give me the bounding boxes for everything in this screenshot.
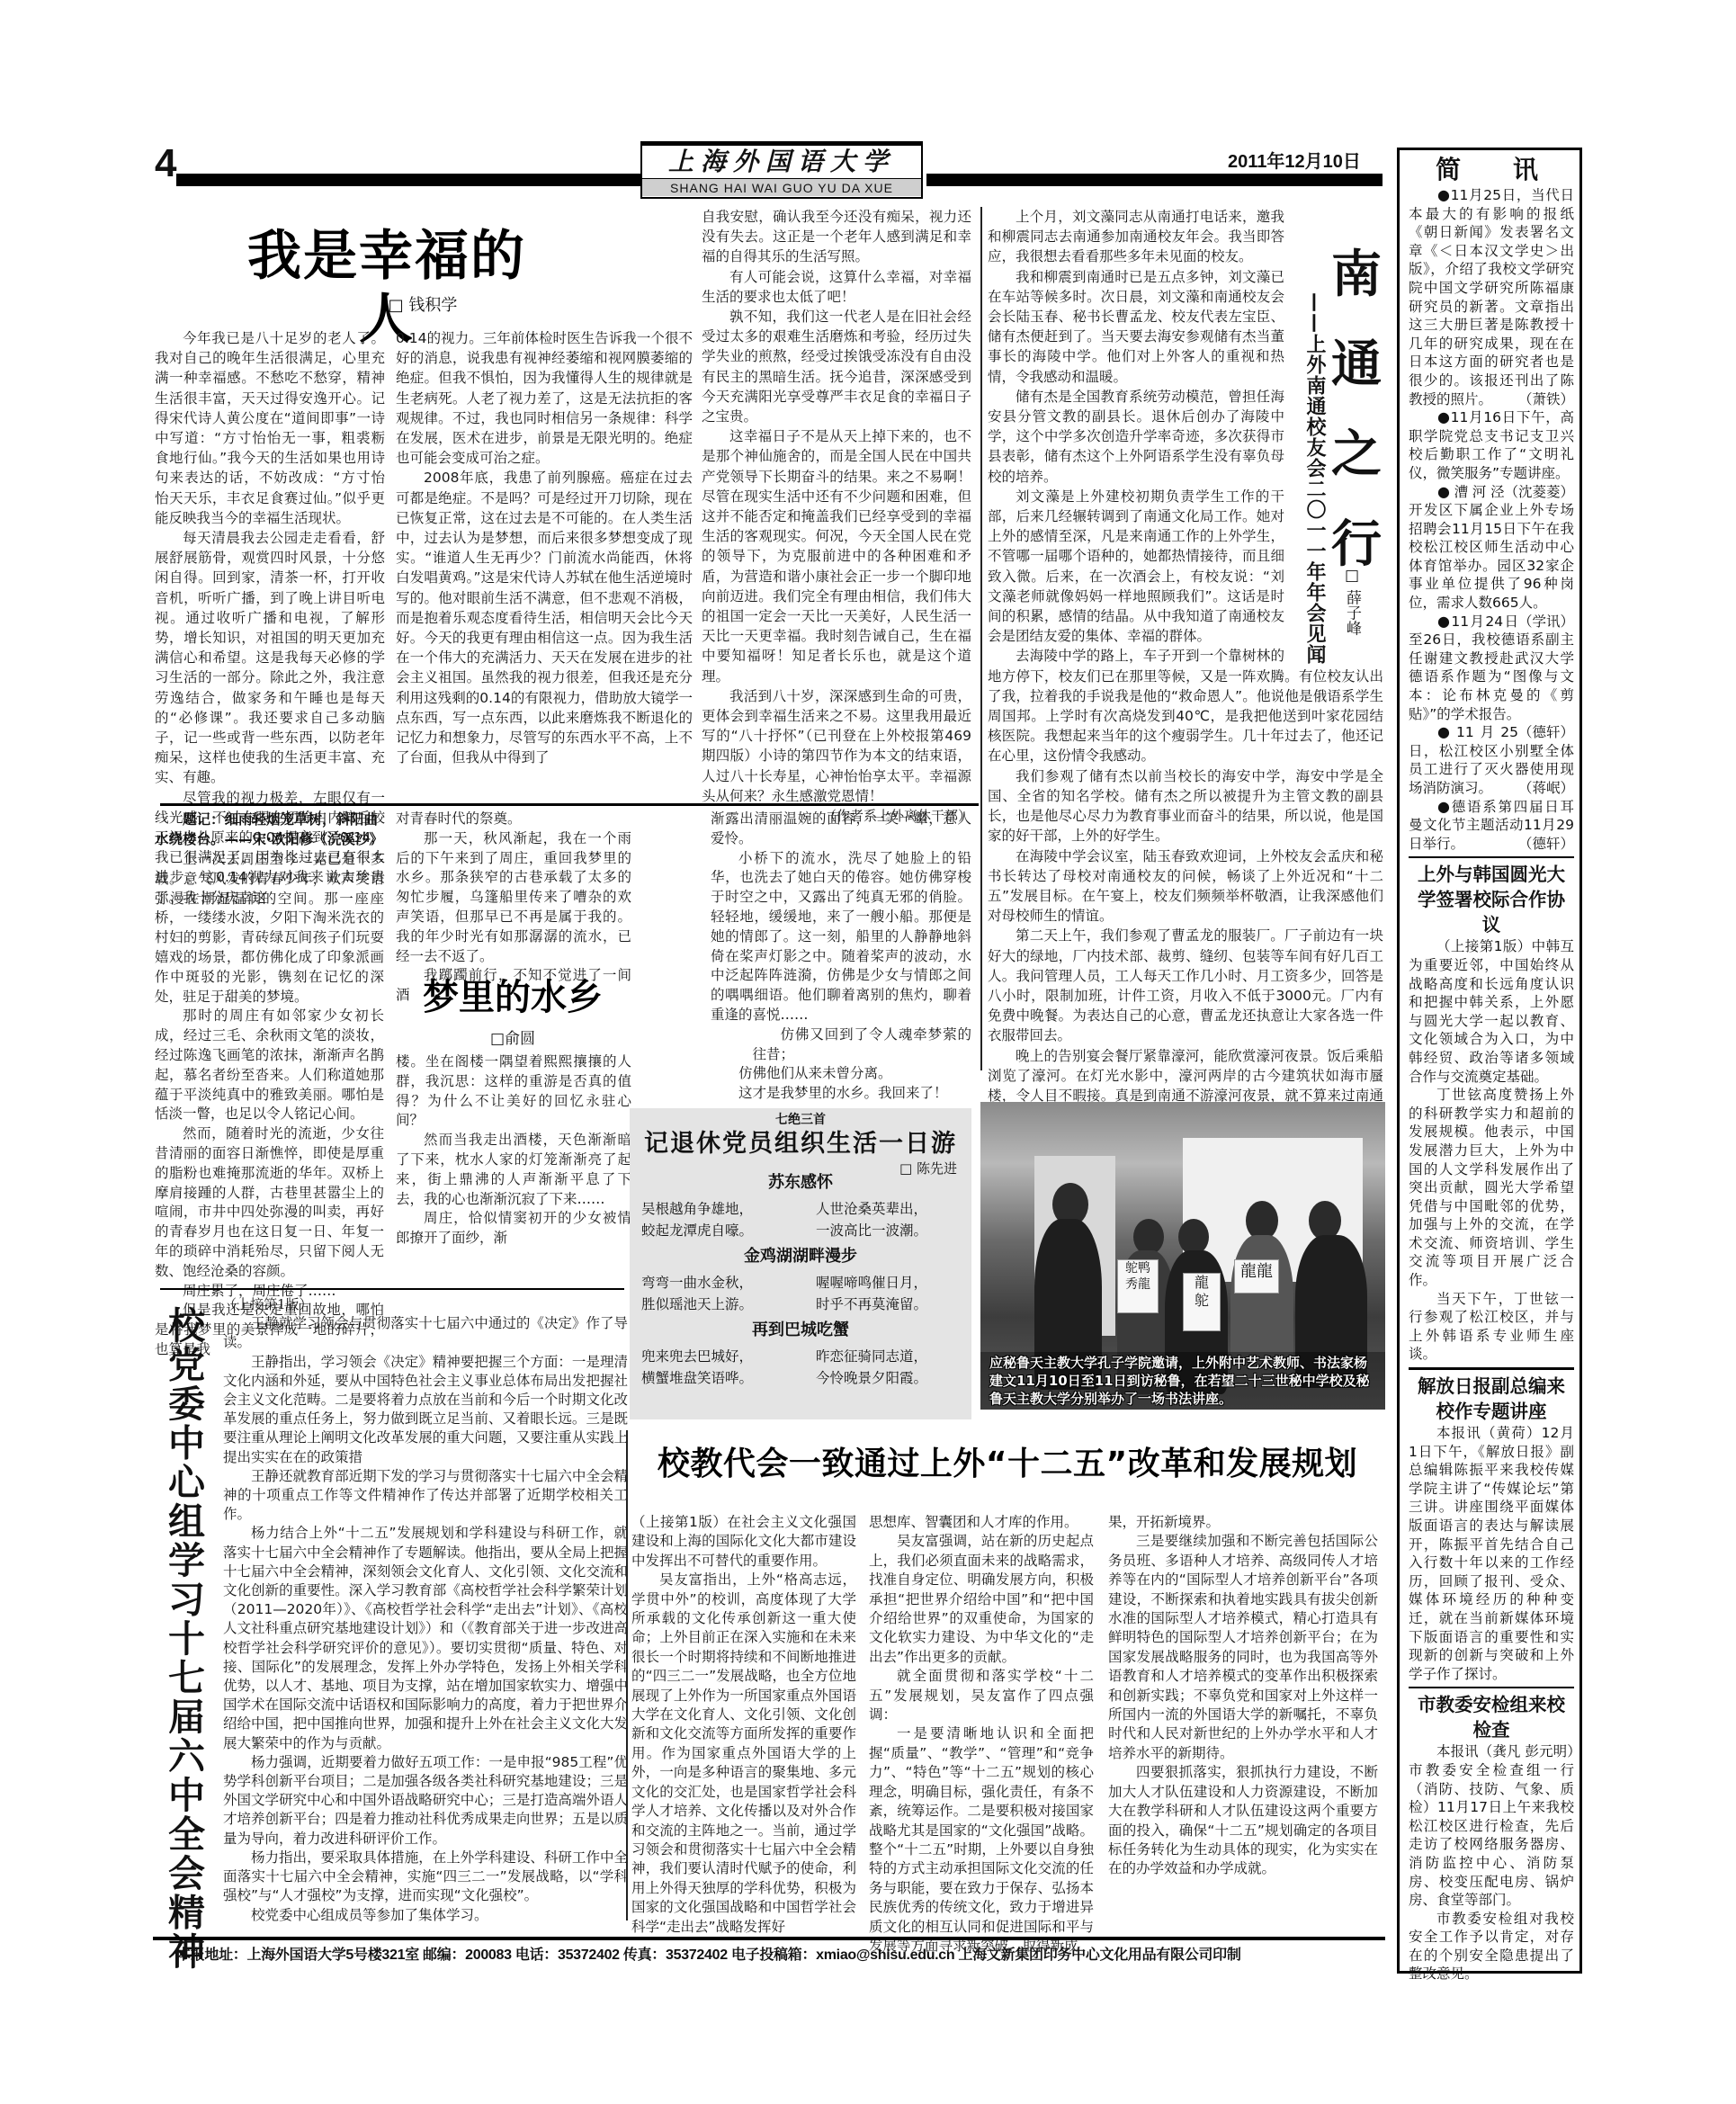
paragraph: 吴友富强调，站在新的历史起点上，我们必须直面未来的战略需求，找准自身定位、明确发… bbox=[869, 1532, 1094, 1667]
article-congress-col2: 思想库、智囊团和人才库的作用。 吴友富强调，站在新的历史起点上，我们必须直面未来… bbox=[869, 1513, 1094, 1956]
paragraph: 王静指出，学习领会《决定》精神要把握三个方面：一是理清文化内涵和外延，要从中国特… bbox=[223, 1353, 628, 1467]
title-char: 之 bbox=[1329, 409, 1383, 499]
paragraph: 我活到八十岁，深深感到生命的可贵，更体会到幸福生活来之不易。这里我用最近写的“八… bbox=[702, 686, 971, 806]
photo-caption: 应秘鲁天主教大学孔子学院邀请，上外附中艺术教师、书法家杨建文11月10日至11日… bbox=[980, 1352, 1385, 1410]
header-rule-left bbox=[176, 174, 644, 186]
article-dream-col3: 渐露出清丽温婉的面容，一笑一颦，惹人爱怜。 小桥下的流水，洗尽了她脸上的铅华，也… bbox=[711, 810, 971, 1104]
paragraph: 周庄，恰似情窦初开的少女被情郎撩开了面纱，渐 bbox=[396, 1209, 631, 1249]
article-party-body: （上接第1版） 王静就学习领会与贯彻落实十七届六中通过的《决定》作了导读。 王静… bbox=[223, 1295, 628, 1925]
poems-title: 记退休党员组织生活一日游 bbox=[630, 1128, 971, 1160]
sidebar-title: 简 讯 bbox=[1421, 150, 1574, 186]
paragraph: 一是要清晰地认识和全面把握“质量”、“教学”、“管理”和“竞争力”、“特色”等“… bbox=[869, 1724, 1094, 1956]
sidebar-korea-body: （上接第1版）中韩互为重要近邻，中国始终从战略高度和长远角度认识和把握中韩关系，… bbox=[1409, 937, 1574, 1364]
brief-source: （德轩） bbox=[1518, 723, 1574, 742]
paragraph: 我们参观了储有杰以前当校长的海安中学，海安中学是全国、全省的知名学校。储有杰之所… bbox=[988, 766, 1383, 846]
poem-line: 兜来兜去巴城好， bbox=[641, 1346, 785, 1367]
masthead-title-en: SHANG HAI WAI GUO YU DA XUE bbox=[642, 178, 921, 196]
article-happy-col3: 自我安慰，确认我至今还没有痴呆，视力还没有失去。这正是一个老年人感到满足和幸福的… bbox=[702, 207, 971, 826]
paragraph: 每天清晨我去公园走走看看，舒展舒展筋骨，观赏四时风景，十分悠闲自得。回到家，清茶… bbox=[155, 528, 385, 788]
news-photo: 龍龍 鸵鸭 秀龍 龍 鸵 应秘鲁天主教大学孔子学院邀请，上外附中艺术教师、书法家… bbox=[980, 1102, 1385, 1410]
paragraph: 那一天，秋风渐起，我在一个雨后的下午来到了周庄，重回我梦里的水乡。那条狭窄的古巷… bbox=[396, 829, 631, 967]
paragraph: 孰不知，我们这一代老人是在旧社会经受过太多的艰难生活磨炼和考验，经历过失学失业的… bbox=[702, 307, 971, 426]
header-rule-right bbox=[926, 174, 1383, 186]
sidebar-news: 简 讯 ●11月25日，当代日本最大的有影响的报纸《朝日新闻》发表署名文章《＜日… bbox=[1397, 148, 1582, 1974]
paragraph: 小桥下的流水，洗尽了她脸上的铅华，也洗去了她白天的倦容。她仿佛穿梭于时空之中，又… bbox=[711, 849, 971, 1025]
brief-item: ●德语系第四届日耳曼文化节主题活动11月29日举行。（德轩） bbox=[1409, 798, 1574, 854]
poem-line: 弯弯一曲水金秋， bbox=[641, 1272, 785, 1294]
article-dream-title: 梦里的水乡 bbox=[409, 976, 616, 1019]
paragraph: 这幸福日子不是从天上掉下来的，也不是那个神仙施舍的，而是全国人民在中国共产党领导… bbox=[702, 426, 971, 686]
paragraph: 本报讯（龚凡 彭元明）市教委安全检查组一行（消防、技防、气象、质检）11月17日… bbox=[1409, 1742, 1574, 1909]
sidebar-jiefang-title: 解放日报副总编来校作专题讲座 bbox=[1409, 1367, 1574, 1424]
article-dream-col2b: 楼。坐在阁楼一隅望着熙熙攘攘的人群，我沉思：这样的重游是否真的值得？为什么不让美… bbox=[396, 1052, 631, 1249]
calligraphy-scroll: 龍龍 bbox=[1234, 1259, 1279, 1294]
paragraph: 思想库、智囊团和人才库的作用。 bbox=[869, 1513, 1094, 1532]
bullet-icon: ● bbox=[1409, 186, 1451, 203]
article-happy-byline: □ 钱积学 bbox=[360, 292, 486, 316]
article-party-lead: （上接第1版） bbox=[223, 1295, 628, 1314]
masthead-title-cn: 上海外国语大学 bbox=[642, 146, 921, 178]
poem-line: 喔喔啼鸣催日月， bbox=[816, 1272, 960, 1294]
paragraph: 吴友富指出，上外“格高志远，学贯中外”的校训，高度体现了大学所承载的文化传承创新… bbox=[631, 1571, 856, 1937]
title-char: 南 bbox=[1329, 229, 1383, 319]
paragraph: 渐露出清丽温婉的面容，一笑一颦，惹人爱怜。 bbox=[711, 810, 971, 849]
brief-item: ●11月25日，当代日本最大的有影响的报纸《朝日新闻》发表署名文章《＜日本汉文学… bbox=[1409, 186, 1574, 408]
paragraph: 这才是我梦里的水乡。我回来了！ bbox=[711, 1084, 971, 1104]
poem-line: 胜似瑶池天上游。 bbox=[641, 1294, 785, 1315]
brief-source: （蒋岷） bbox=[1518, 779, 1574, 798]
article-dream-col1: 上一次去周庄至今一晃已是十多载。意气风发的青春少年，欢声笑语弥漫在潮湿温润的空间… bbox=[155, 850, 384, 1360]
article-congress-col1: （上接第1版）在社会主义文化强国建设和上海的国际化文化大都市建设中发挥出不可替代… bbox=[631, 1513, 856, 1937]
poem-line: 吴根越角争雄地， bbox=[641, 1198, 785, 1220]
poem-title: 再到巴城吃蟹 bbox=[630, 1319, 971, 1342]
bullet-icon: ● bbox=[1409, 798, 1452, 815]
bullet-icon: ● bbox=[1409, 723, 1456, 740]
column-divider bbox=[980, 207, 982, 1070]
poem-line: 今怜晚景夕阳霞。 bbox=[816, 1367, 960, 1389]
brief-text: 漕河泾开发区下属企业上外专场招聘会11月15日下午在我校松江校区师生活动中心体育… bbox=[1409, 484, 1574, 612]
brief-source: （萧铁） bbox=[1518, 390, 1574, 409]
poem-line: 时乎不再莫淹留。 bbox=[816, 1294, 960, 1315]
photo-person bbox=[1133, 1219, 1164, 1255]
paragraph: 那时的周庄有如邻家少女初长成，经过三毛、余秋雨文笔的淡妆，经过陈逸飞画笔的浓抹，… bbox=[155, 1007, 384, 1124]
brief-source: （沈菱菱） bbox=[1504, 483, 1574, 502]
paragraph: 2008年底，我患了前列腺癌。癌症在过去可都是绝症。不是吗？可是经过开刀切除，现… bbox=[396, 468, 693, 767]
paragraph: 杨力指出，要采取具体措施，在上外学科建设、科研工作中全面落实十七届六中全会精神，… bbox=[223, 1849, 628, 1906]
poem-line: 昨恋征骑同志道， bbox=[816, 1346, 960, 1367]
poems-kicker: 七绝三首 bbox=[630, 1112, 971, 1128]
paragraph: 市教委安检组对我校安全工作予以肯定，对存在的个别安全隐患提出了整改意见。 bbox=[1409, 1910, 1574, 1983]
bullet-icon: ● bbox=[1409, 613, 1451, 630]
section-rule bbox=[160, 1288, 624, 1290]
paragraph: 就全面贯彻和落实学校“十二五”发展规划，吴友富作了四点强调： bbox=[869, 1667, 1094, 1724]
paragraph: 自我安慰，确认我至今还没有痴呆，视力还没有失去。这正是一个老年人感到满足和幸福的… bbox=[702, 207, 971, 267]
footer-imprint: 本报地址：上海外国语大学5号楼321室 邮编：200083 电话：3537240… bbox=[176, 1943, 1373, 1964]
footer-rule bbox=[153, 1937, 1385, 1940]
poem-title: 金鸡湖湖畔漫步 bbox=[630, 1245, 971, 1268]
paragraph: 王静还就教育部近期下发的学习与贯彻落实十七届六中全会精神的十项重点工作等文件精神… bbox=[223, 1467, 628, 1525]
paragraph: 杨力结合上外“十二五”发展规划和学科建设与科研工作，就落实十七届六中全会精神作了… bbox=[223, 1524, 628, 1752]
paragraph: 王静就学习领会与贯彻落实十七届六中通过的《决定》作了导读。 bbox=[223, 1314, 628, 1352]
page-number: 4 bbox=[155, 144, 176, 184]
paragraph: 仿佛又回到了令人魂牵梦萦的往昔； bbox=[711, 1025, 971, 1065]
article-dream-byline: □俞圆 bbox=[459, 1025, 567, 1048]
paragraph: 四要狠抓落实，狠抓执行力建设，不断加大人才队伍建设和人力资源建设，不断加大在教学… bbox=[1108, 1763, 1378, 1878]
poem-body: 兜来兜去巴城好，横蟹堆盘笑语哗。 昨恋征骑同志道，今怜晚景夕阳霞。 bbox=[630, 1346, 971, 1389]
poem-line: 横蟹堆盘笑语哗。 bbox=[641, 1367, 785, 1389]
paragraph: 然而，随着时光的流逝，少女往昔清丽的面容日渐憔悴，即使是厚重的脂粉也难掩那流逝的… bbox=[155, 1124, 384, 1281]
poem-line: 蛟起龙潭虎自嚎。 bbox=[641, 1220, 785, 1241]
calligraphy-scroll: 龍 鸵 bbox=[1183, 1273, 1221, 1331]
column-divider bbox=[626, 1430, 628, 1920]
masthead: 上海外国语大学 SHANG HAI WAI GUO YU DA XUE bbox=[640, 141, 923, 199]
article-dream-epigraph: 题记：细雨轻烟笼草树，斜阳曲水绕楼台。——宋·欧阳修《浣溪沙》 bbox=[155, 810, 384, 849]
paragraph: 果，开拓新境界。 bbox=[1108, 1513, 1378, 1532]
issue-date: 2011年12月10日 bbox=[1228, 147, 1361, 173]
article-congress-col3: 果，开拓新境界。 三是要继续加强和不断完善包括国际公务员班、多语种人才培养、高级… bbox=[1108, 1513, 1378, 1879]
poem-line: 人世沧桑英辈出， bbox=[816, 1198, 960, 1220]
section-rule bbox=[160, 803, 979, 806]
brief-text: 11月25日，当代日本最大的有影响的报纸《朝日新闻》发表署名文章《＜日本汉文学史… bbox=[1409, 187, 1574, 407]
paragraph: 对青春时代的祭奠。 bbox=[396, 810, 631, 829]
sidebar-korea-title: 上外与韩国圆光大学签署校际合作协议 bbox=[1409, 856, 1574, 937]
photo-person bbox=[1178, 1219, 1209, 1255]
paragraph: 仿佛他们从来未曾分离。 bbox=[711, 1064, 971, 1084]
paragraph: 在海陵中学会议室，陆玉春致欢迎词，上外校友会孟庆和秘书长转达了母校对南通校友的问… bbox=[988, 846, 1383, 927]
poem-body: 吴根越角争雄地，蛟起龙潭虎自嚎。 人世沧桑英辈出，一波高比一波潮。 bbox=[630, 1198, 971, 1241]
paragraph: 然而当我走出酒楼，天色渐渐暗了下来，枕水人家的灯笼渐渐亮了起来，街上鼎沸的人声渐… bbox=[396, 1131, 631, 1209]
paragraph: 杨力强调，近期要着力做好五项工作：一是申报“985工程”优势学科创新平台项目；二… bbox=[223, 1753, 628, 1849]
sidebar-inspection-body: 本报讯（龚凡 彭元明）市教委安全检查组一行（消防、技防、气象、质检）11月17日… bbox=[1409, 1742, 1574, 1983]
article-congress-title: 校教代会一致通过上外“十二五”改革和发展规划 bbox=[630, 1439, 1385, 1490]
article-nantong-byline: □ 薛子峰 bbox=[1342, 567, 1362, 635]
bullet-icon: ● bbox=[1409, 408, 1451, 425]
poems-box: 七绝三首 记退休党员组织生活一日游 □ 陈先进 苏东感怀 吴根越角争雄地，蛟起龙… bbox=[630, 1108, 971, 1419]
paragraph: 第二天上午，我们参观了曹孟龙的服装厂。厂子前边有一块好大的绿地，厂内技术部、裁剪… bbox=[988, 926, 1383, 1045]
paragraph: 当天下午，丁世铉一行参观了松江校区，并与上外韩语系专业师生座谈。 bbox=[1409, 1290, 1574, 1364]
poem-body: 弯弯一曲水金秋，胜似瑶池天上游。 喔喔啼鸣催日月，时乎不再莫淹留。 bbox=[630, 1272, 971, 1315]
brief-source: （学讯） bbox=[1518, 613, 1574, 631]
paragraph: 本报讯（黄荷）12月1日下午，《解放日报》副总编辑陈振平来我校传媒学院主讲了“传… bbox=[1409, 1424, 1574, 1683]
paragraph: （上接第1版）在社会主义文化强国建设和上海的国际化文化大都市建设中发挥出不可替代… bbox=[631, 1513, 856, 1571]
bullet-icon: ● bbox=[1409, 483, 1454, 500]
sidebar-jiefang-body: 本报讯（黄荷）12月1日下午，《解放日报》副总编辑陈振平来我校传媒学院主讲了“传… bbox=[1409, 1424, 1574, 1683]
paragraph: 丁世铉高度赞扬上外的科研教学实力和超前的发展规模。他表示，中国发展潜力巨大，上外… bbox=[1409, 1086, 1574, 1290]
sidebar-inspection-title: 市教委安检组来校检查 bbox=[1409, 1687, 1574, 1742]
brief-source: （德轩） bbox=[1518, 835, 1574, 854]
article-party-title: 校党委中心组学习十七届六中全会精神 bbox=[158, 1306, 209, 1972]
calligraphy-scroll: 鸵鸭 秀龍 bbox=[1117, 1259, 1159, 1313]
article-happy-col2: 0.14的视力。三年前体检时医生告诉我一个很不好的消息，说我患有视神经萎缩和视网… bbox=[396, 328, 693, 767]
article-nantong-title: 南 通 之 行 bbox=[1329, 229, 1383, 589]
poem-line: 一波高比一波潮。 bbox=[816, 1220, 960, 1241]
paragraph: 楼。坐在阁楼一隅望着熙熙攘攘的人群，我沉思：这样的重游是否真的值得？为什么不让美… bbox=[396, 1052, 631, 1131]
paragraph: 校党委中心组成员等参加了集体学习。 bbox=[223, 1906, 628, 1925]
brief-item: ●漕河泾开发区下属企业上外专场招聘会11月15日下午在我校松江校区师生活动中心体… bbox=[1409, 483, 1574, 613]
paragraph: 上一次去周庄至今一晃已是十多载。意气风发的青春少年，欢声笑语弥漫在潮湿温润的空间… bbox=[155, 850, 384, 1007]
paragraph: 三是要继续加强和不断完善包括国际公务员班、多语种人才培养、高级同传人才培养等在内… bbox=[1108, 1532, 1378, 1763]
article-nantong-subtitle: ——上外南通校友会二〇一一年年会见闻 bbox=[1302, 292, 1326, 665]
paragraph: 今年我已是八十足岁的老人了。我对自己的晚年生活很满足，心里充满一种幸福感。不愁吃… bbox=[155, 328, 385, 528]
paragraph: 0.14的视力。三年前体检时医生告诉我一个很不好的消息，说我患有视神经萎缩和视网… bbox=[396, 328, 693, 468]
paragraph: （上接第1版）中韩互为重要近邻，中国始终从战略高度和长远角度认识和把握中韩关系，… bbox=[1409, 937, 1574, 1086]
brief-item: ●11月16日下午，高职学院党总支书记支卫兴校后勤职工作了“文明礼仪，微笑服务”… bbox=[1409, 408, 1574, 482]
title-char: 通 bbox=[1329, 319, 1383, 409]
paragraph: 有人可能会说，这算什么幸福，对幸福生活的要求也太低了吧！ bbox=[702, 267, 971, 307]
